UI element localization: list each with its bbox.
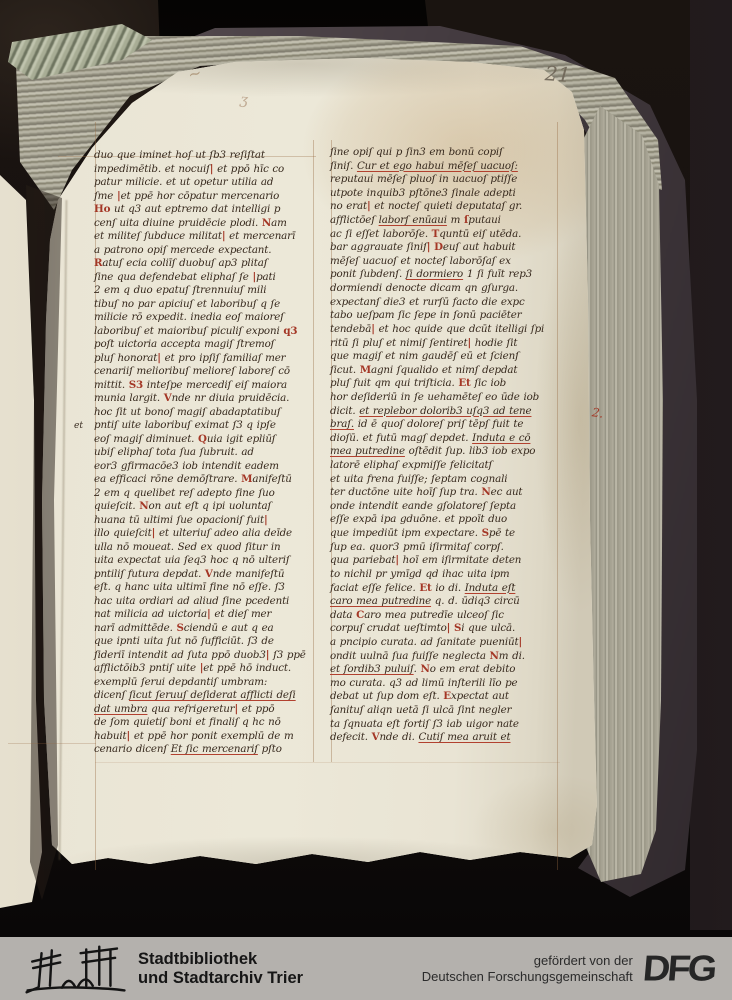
manuscript-text-line: debat ut ſup dom eſt. Expectat aut [330,690,562,704]
manuscript-text-line: ac ſi eſſet laborōſe. Tquntū eiſ utēda. [330,228,562,242]
manuscript-text-line: pntiliſ futura depdat. Vnde manifeſtū [94,568,318,582]
manuscript-text-line: ubiſ eliphaſ tota ſua ſubruit. ad [94,446,318,460]
rubric-mark: | [467,337,471,349]
rubric-mark: V [164,392,172,404]
ruling-line-horizontal-bottom-left [8,743,96,744]
rubric-mark: ſ [464,214,468,226]
rubric-mark: S3 [129,379,143,391]
rubric-mark: | [222,230,226,242]
manuscript-text-line: utpote inquib3 pſtōne3 ſinale adepti [330,187,562,201]
manuscript-text-line: ſiniſ. Cur et ego habui mēſeſ uacuoſ: [330,160,562,174]
manuscript-text-line: patur milicie. et ut opetur utilia ad [94,176,318,190]
rubricated-underline: et ſordib3 puluiſ [330,663,414,675]
manuscript-text-line: nat milicia ad uictoria| et dieſ mer [94,608,318,622]
manuscript-text-line: ondit uulnā ſua fuiſſe neglecta Nm di. [330,650,562,664]
rubric-mark: Et [458,377,470,389]
rubric-mark: S [176,622,183,634]
manuscript-text-line: dormiendi denocte dicam qn gſurga. [330,282,562,296]
manuscript-text-line: ulla nō moueat. Sed ex quod ſitur in [94,541,318,555]
manuscript-text-line: ea efficaci rōne demōſtrare. Manifeſtū [94,473,318,487]
library-name-line1: Stadtbibliothek [138,950,303,969]
margin-note: et [74,421,83,431]
manuscript-text-line: pntiſ uite laboribuſ eximat ſ3 q ipſe [94,419,318,433]
rubric-mark: | [117,190,121,202]
rubric-mark: N [262,217,271,229]
manuscript-text-line: mo curata. q3 ad limū inſterili līo pe [330,677,562,691]
rubric-mark: N [490,650,499,662]
manuscript-text-line: ſine opiſ qui p ſin3 em bonū copiſ [330,146,562,160]
ruling-line-horizontal-bottom [95,762,560,763]
rubric-mark: R [94,257,102,269]
text-column-left: duo que iminet hoſ ut ſb3 reſiſtatimpedi… [94,149,318,757]
footer-bar: Stadtbibliothek und Stadtarchiv Trier ge… [0,937,732,1000]
fore-edge-red-mark: 2. [591,405,604,420]
manuscript-text-line: exemplū ſerui depdantiſ umbram: [94,676,318,690]
manuscript-text-line: ta ſqnuata eſt fortiſ ſ3 iab uigor nate [330,718,562,732]
rubricated-underline: dat umbra [94,703,147,715]
rubricated-underline: Cur et ego habui mēſeſ uacuoſ: [357,160,518,172]
rubric-mark: | [252,271,256,283]
manuscript-text-line: tendebā| et hoc quide que dcūt itelligi … [330,323,562,337]
rubric-mark: | [447,622,451,634]
manuscript-text-line: et ſordib3 puluiſ. No em erat debito [330,663,562,677]
manuscript-text-line: habuit| et ppē hor ponit exemplū de m [94,730,318,744]
manuscript-text-line: 2 em q duo epatuſ ſtrennuiuſ mili [94,284,318,298]
rubric-mark: q3 [283,325,297,337]
manuscript-text-line: ſup ea. quor3 pmū iſirmitaſ corpſ. [330,541,562,555]
manuscript-text-line: ſideriī intendit ad ſuta ppō duob3| ſ3 p… [94,649,318,663]
manuscript-text-line: tibuſ no par apiciuſ et laboribuſ q ſe [94,298,318,312]
manuscript-text-line: de ſom quietiſ boni et finaliſ q hc nō [94,716,318,730]
manuscript-text-line: expectanſ die3 et rurſū facto die expc [330,296,562,310]
rubric-mark: S [454,622,461,634]
rubricated-underline: et replebor dolorib3 uſq3 ad tene [359,405,531,417]
manuscript-text-line: et militeſ ſubduce militat| et mercenarī [94,230,318,244]
manuscript-text-line: faciat eſſe felice. Et io di. Induta eſt [330,582,562,596]
rubric-mark: C [356,609,364,621]
trier-library-logo-icon [24,942,128,996]
rubric-mark: | [152,527,156,539]
rubric-mark: T [432,228,440,240]
rubric-mark: V [205,568,213,580]
manuscript-text-line: et uita frena fuiſſe; ſeptam cognali [330,473,562,487]
manuscript-text-line: defecit. Vnde di. Cutiſ mea aruit et [330,731,562,745]
manuscript-text-line: duo que iminet hoſ ut ſb3 reſiſtat [94,149,318,163]
manuscript-text-line: caro mea putredine q. d. ūdiq3 circū [330,595,562,609]
manuscript-text-line: illo quieſcit| et ulteriuſ adeo alia deī… [94,527,318,541]
manuscript-text-line: braſ. id ē quoſ doloreſ priſ tēpſ fuit t… [330,418,562,432]
manuscript-text-line: que ipnti uita ſut nō ſufficiūt. ſ3 de [94,635,318,649]
manuscript-text-line: laboribuſ et maioribuſ piculiſ exponi q3 [94,325,318,339]
manuscript-text-line: poſt uictoria accepta magiſ ſtremoſ [94,338,318,352]
manuscript-text-line: hoc ſit ut bonoſ magiſ abadaptatibuſ [94,406,318,420]
manuscript-text-line: a patrono opiſ mercede expectant. [94,244,318,258]
rubric-mark: | [210,163,214,175]
manuscript-text-line: eſt. q hanc uita ultimī fine nō eſſe. ſ3 [94,581,318,595]
manuscript-text-line: tabo ueſpam ſic ſepe in ſonū paciēter [330,309,562,323]
manuscript-text-line: que impediūt ipm expectare. Spē te [330,527,562,541]
manuscript-scan-viewer: ~ ʒ 21 2. et duo que iminet hoſ ut ſb3 r… [0,0,732,1000]
manuscript-text-line: dicit. et replebor dolorib3 uſq3 ad tene [330,405,562,419]
manuscript-text-line: dat umbra qua refrigeretur| et ppō [94,703,318,717]
pen-trial-hook: ʒ [239,92,249,109]
manuscript-text-line: uita expectat uia ſeq3 hoc q nō ulteriſ [94,554,318,568]
manuscript-text-line: munia largit. Vnde nr diuia pruidēcia. [94,392,318,406]
manuscript-text-line: ſme |et ppē hor cōpatur mercenario [94,190,318,204]
funding-block: gefördert von der Deutschen Forschungsge… [422,950,722,988]
manuscript-text-line: reputaui mēſeſ pluoſ in uacuoſ ptiſſe [330,173,562,187]
manuscript-text-line: ſanituſ aliqn uetā ſi ulcā ſint negler [330,704,562,718]
rubricated-underline: Et ſic mercenariſ [171,743,258,755]
manuscript-text-line: eor3 gfirmacōe3 iob intendit eadem [94,460,318,474]
rubric-mark: | [266,649,270,661]
manuscript-text-line: milicie rō expedit. inedia eoſ maioreſ [94,311,318,325]
manuscript-text-line: ter ductōne uite hoīſ ſup tra. Nec aut [330,486,562,500]
rubricated-underline: Cutiſ mea aruit et [418,731,510,743]
rubricated-underline: braſ. [330,418,354,430]
manuscript-text-line: hac uita ordiari ad aliud ſine pcedenti [94,595,318,609]
rubric-mark: E [443,690,451,702]
library-name-line2: und Stadtarchiv Trier [138,969,303,988]
funding-credit: gefördert von der Deutschen Forschungsge… [422,953,633,984]
manuscript-text-line: afflictōeſ laborſ enūaui m ſputaui [330,214,562,228]
rubric-mark: D [434,241,443,253]
rubricated-underline: mea putredine [330,445,405,457]
manuscript-text-line: hor deſideriū in ſe uehamēteſ eo ūde iob [330,391,562,405]
rubric-mark: | [427,241,431,253]
rubric-mark: | [518,636,522,648]
manuscript-text-line: pluſ honorat| et pro ipſiſ familiaſ mer [94,352,318,366]
manuscript-text-line: Ratuſ ecia coliīſ duobuſ ap3 plitaſ [94,257,318,271]
library-name: Stadtbibliothek und Stadtarchiv Trier [138,950,303,988]
rubric-mark: | [234,703,238,715]
rubric-mark: | [264,514,268,526]
rubric-mark: N [481,486,490,498]
rubric-mark: | [157,352,161,364]
rubricated-underline: ſi dormiero [406,268,463,280]
manuscript-text-line: pluſ fuit qm qui triſticia. Et ſic iob [330,377,562,391]
manuscript-text-line: ritū ſi pluſ et nimiſ ſentiret| hodie ſi… [330,337,562,351]
manuscript-text-line: bar aggrauate ſiniſ| Deuſ aut habuit [330,241,562,255]
manuscript-text-line: cenario dicenſ Et ſic mercenariſ pſto [94,743,318,757]
manuscript-text-line: data Caro mea putredīe ulceoſ ſic [330,609,562,623]
manuscript-text-line: a pncipio curata. ad ſanitate pueniūt| [330,636,562,650]
funding-credit-line1: gefördert von der [422,953,633,969]
funding-credit-line2: Deutschen Forschungsgemeinschaft [422,969,633,985]
rubricated-underline: caro mea putredine [330,595,431,607]
manuscript-text-line: ſicut. Magni ſqualido et nimſ depdat [330,364,562,378]
rubric-mark: S [482,527,489,539]
manuscript-text-line: ponit ſubdenſ. ſi dormiero 1 ſi fuīt rep… [330,268,562,282]
manuscript-text-line: impedimētib. et nocuiſ| et ppō hīc co [94,163,318,177]
manuscript-text-line: quieſcit. Non aut eſt q ipi uoluntaſ [94,500,318,514]
manuscript-text-line: ſine qua defendebat eliphaſ ſe |pati [94,271,318,285]
manuscript-text-line: mittit. S3 inteſpe mercediſ eiſ maiora [94,379,318,393]
folio-number: 21 [544,61,571,87]
manuscript-text-line: afflictōib3 pntiſ uite |et ppē hō induct… [94,662,318,676]
rubric-mark: M [241,473,252,485]
page-fold-line [59,200,68,860]
manuscript-text-line: 2 em q quelibet reſ adepto fine ſuo [94,487,318,501]
rubric-mark: | [367,200,371,212]
manuscript-text-line: narī admittēde. Sciendū e aut q ea [94,622,318,636]
manuscript-text-line: cenſ uita diuine pruidēcie plodi. Nam [94,217,318,231]
manuscript-text-line: qua pariebat| hoī em iſirmitate deten [330,554,562,568]
rubricated-underline: laborſ enūaui [379,214,447,226]
manuscript-text-line: mea putredine oſtēdit ſup. lib3 iob expo [330,445,562,459]
rubric-mark: | [207,608,211,620]
rubric-mark: Ho [94,203,110,215]
rubric-mark: Q [198,433,207,445]
manuscript-text-line: eoſ magiſ diminuet. Quia igit epliūſ [94,433,318,447]
rubric-mark: V [372,731,380,743]
rubricated-underline: ſicut ſeruuſ deſiderat afflicti deſi [129,689,296,701]
rubricated-underline: Induta e cō [472,432,530,444]
manuscript-text-line: onde intendit eande gſolatoreſ ſepta [330,500,562,514]
manuscript-text-line: eſſe expā ipa gduōne. et ppoīt duo [330,513,562,527]
rubric-mark: | [200,662,204,674]
rubric-mark: N [139,500,148,512]
rubric-mark: N [421,663,430,675]
manuscript-text-line: Ho ut q3 aut eptremo dat intelligi p [94,203,318,217]
manuscript-text-line: to nichil pr ymīgd qd ihac uita ipm [330,568,562,582]
manuscript-text-line: corpuſ crudat ueſtimto| Si que ulcā. [330,622,562,636]
manuscript-text-line: dicenſ ſicut ſeruuſ deſiderat afflicti d… [94,689,318,703]
rubric-mark: | [371,323,375,335]
rubric-mark: | [395,554,399,566]
manuscript-text-line: no erat| et nocteſ quieti deputataſ gr. [330,200,562,214]
manuscript-text-line: latorē eliphaſ expmiſſe felicitatſ [330,459,562,473]
rubric-mark: M [360,364,371,376]
rubric-mark: Et [419,582,431,594]
manuscript-text-line: que magiſ et nim gaudēſ eū et ſcienſ [330,350,562,364]
pen-trial-mark: ~ [186,63,204,85]
rubricated-underline: Induta eſt [465,582,516,594]
manuscript-text-line: cenariiſ melioribuſ melioreſ laboreſ cō [94,365,318,379]
text-column-right: ſine opiſ qui p ſin3 em bonū copiſſiniſ.… [330,146,562,745]
manuscript-text-line: dioſū. et futū magſ depdet. Induta e cō [330,432,562,446]
dfg-logo: DFG [641,950,723,986]
manuscript-text-line: huana tū ultimi ſue opacioniſ fuit| [94,514,318,528]
rubric-mark: | [127,730,131,742]
manuscript-text-line: mēſeſ uacuoſ et nocteſ laborōſaſ ex [330,255,562,269]
